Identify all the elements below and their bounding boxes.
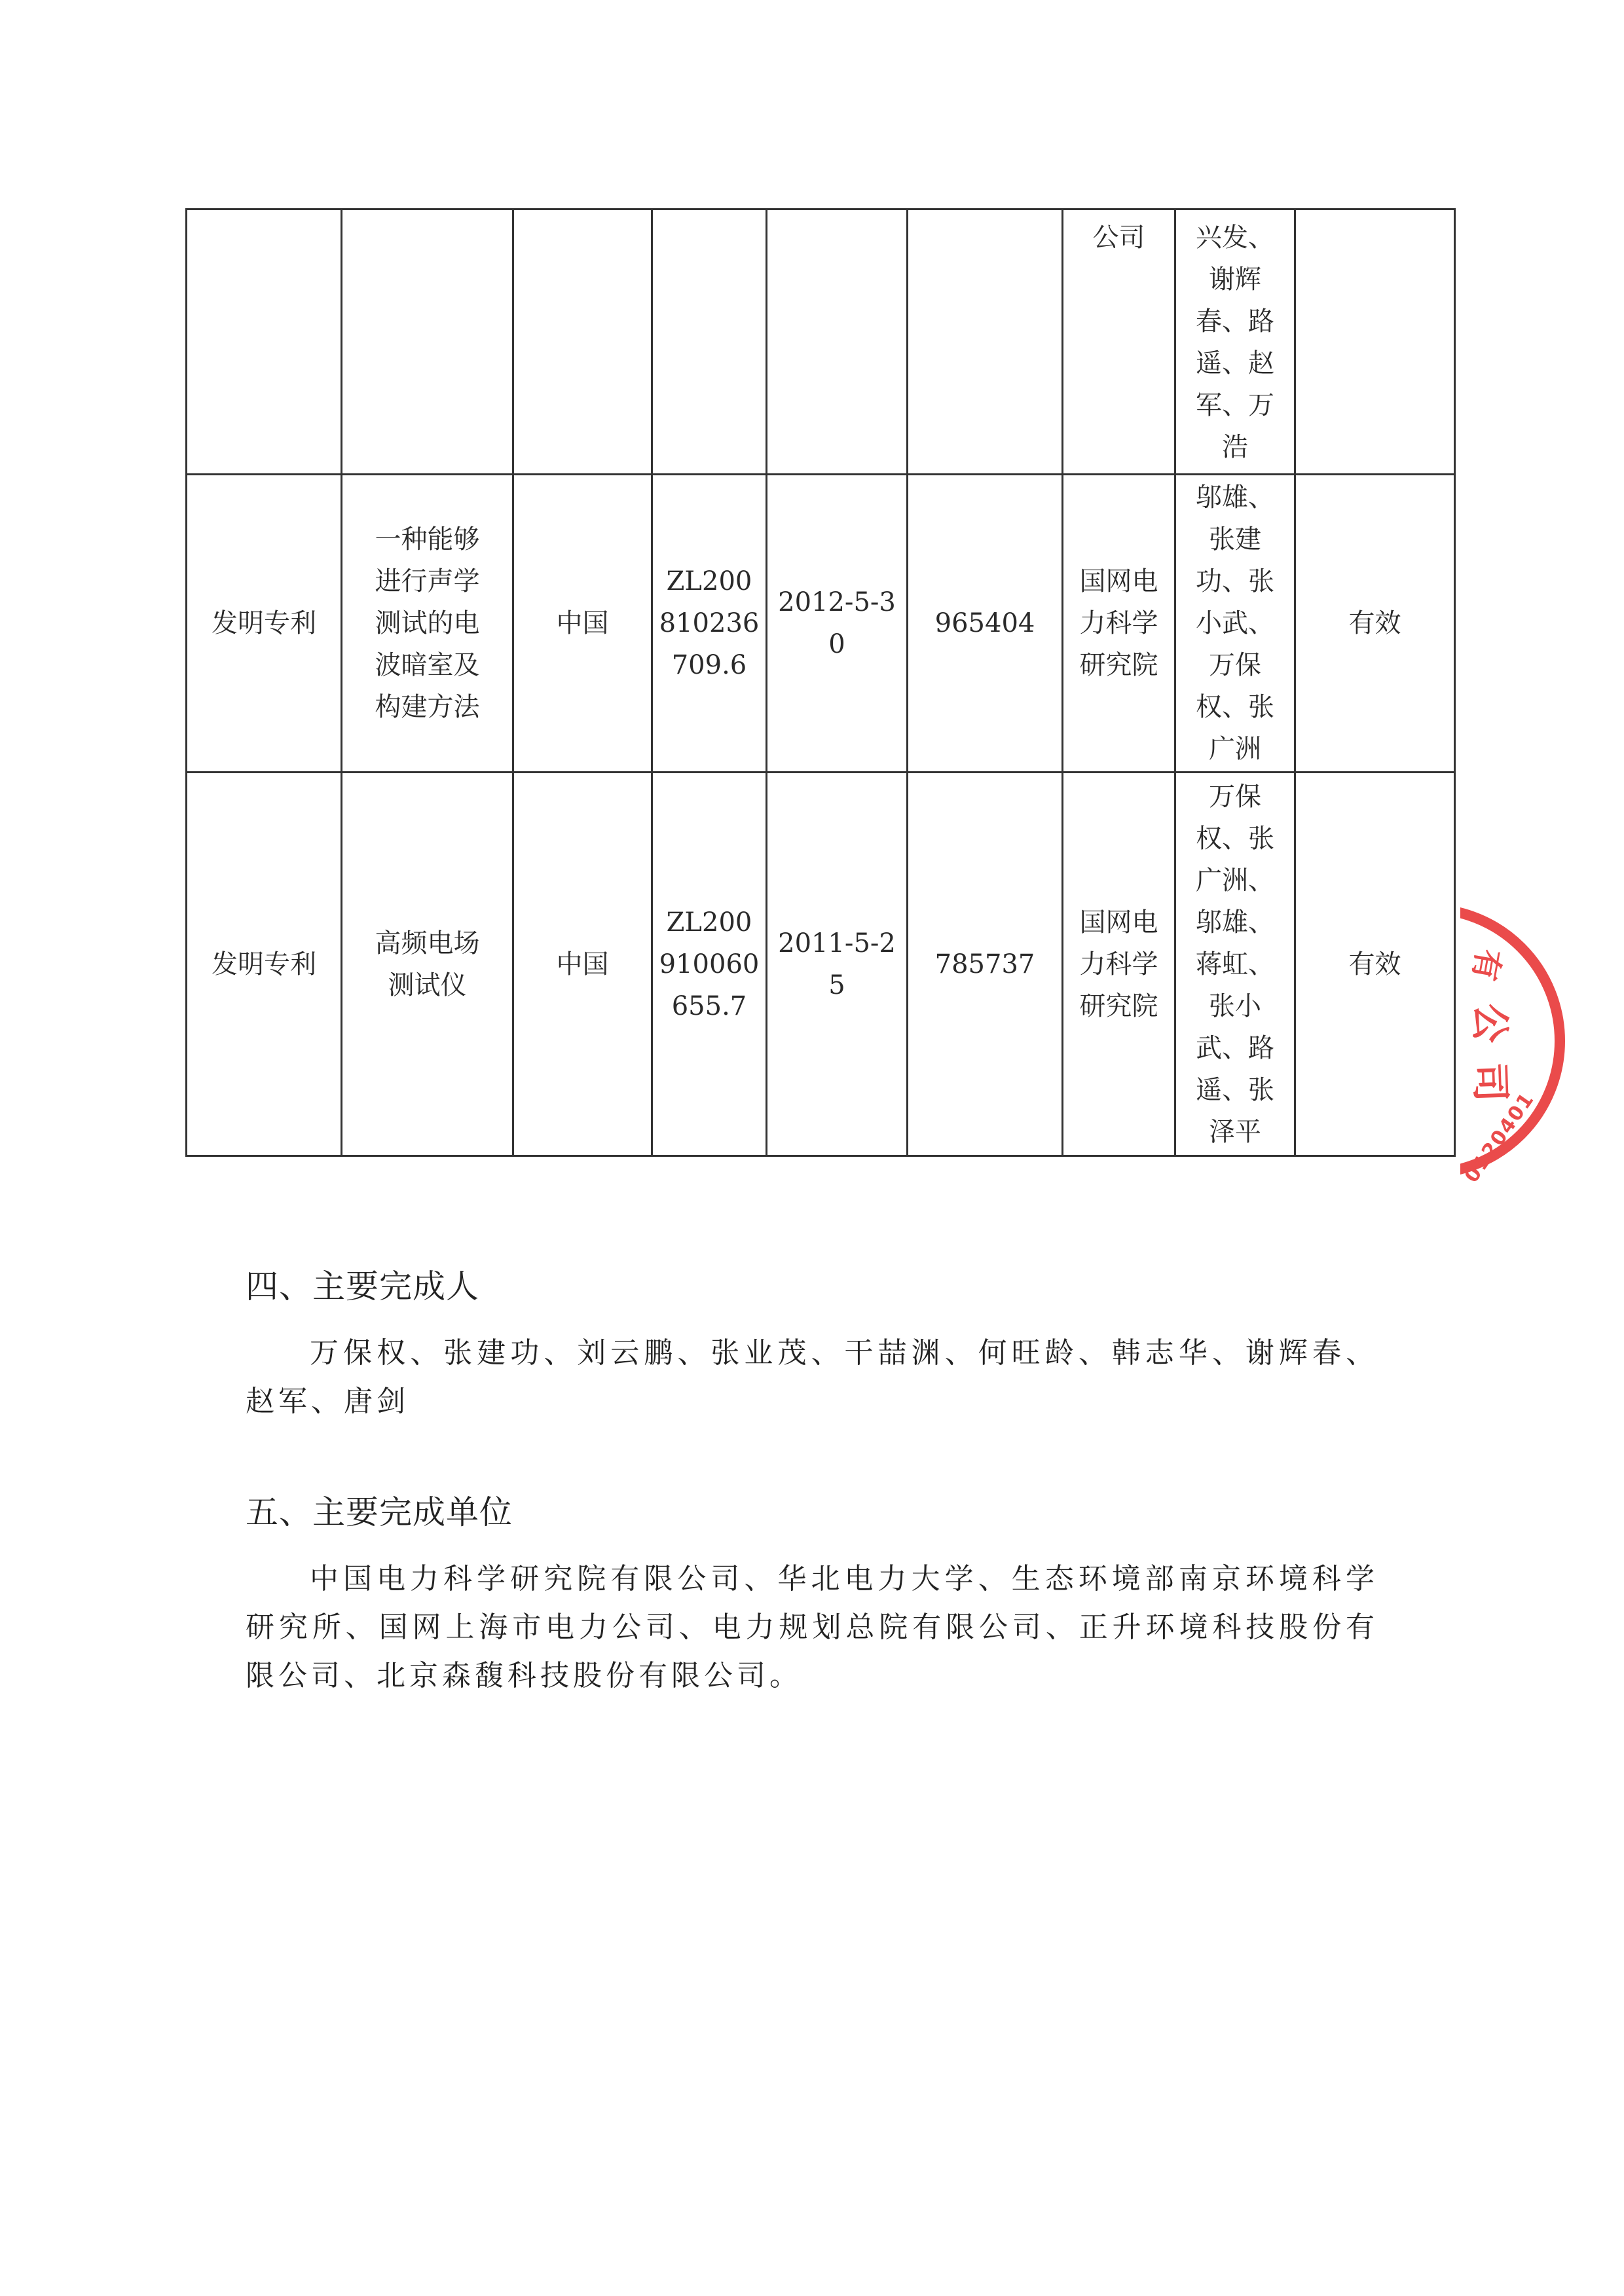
cell-line: 研究院: [1067, 644, 1170, 686]
cell-line: 邬雄、: [1180, 902, 1290, 943]
cell-line: 张小: [1180, 985, 1290, 1027]
patent-number-cell: ZL200810236709.6: [652, 475, 767, 773]
cell-line: 高频电场: [346, 922, 508, 964]
cell-line: 谢辉: [1180, 259, 1290, 301]
patent-name-cell: [342, 210, 513, 475]
cell-line: 研究院: [1067, 985, 1170, 1027]
cell-line: 万保: [1180, 776, 1290, 818]
patent-name-cell: 一种能够进行声学测试的电波暗室及构建方法: [342, 475, 513, 773]
certificate-number-cell: 965404: [908, 475, 1063, 773]
country-cell: [513, 210, 652, 475]
patent-holder-cell: 公司: [1063, 210, 1175, 475]
cell-line: 遥、赵: [1180, 342, 1290, 384]
status-cell: 有效: [1295, 475, 1455, 773]
cell-line: 泽平: [1180, 1111, 1290, 1153]
cell-line: ZL200: [657, 560, 762, 602]
cell-line: 功、张: [1180, 560, 1290, 602]
inventors-cell: 万保权、张广洲、邬雄、蒋虹、张小武、路遥、张泽平: [1175, 773, 1295, 1156]
cell-line: 武、路: [1180, 1027, 1290, 1069]
cell-line: 0: [771, 623, 902, 665]
cell-line: ZL200: [657, 902, 762, 943]
cell-line: 国网电: [1067, 560, 1170, 602]
table-row: 发明专利高频电场测试仪中国ZL200910060655.72011-5-2578…: [187, 773, 1455, 1156]
certificate-number-cell: [908, 210, 1063, 475]
cell-line: 国网电: [1067, 902, 1170, 943]
grant-date-cell: 2012-5-30: [767, 475, 908, 773]
patent-name-cell: 高频电场测试仪: [342, 773, 513, 1156]
cell-line: 军、万: [1180, 384, 1290, 426]
cell-line: 公司: [1067, 217, 1170, 259]
grant-date-cell: [767, 210, 908, 475]
country-cell: 中国: [513, 773, 652, 1156]
patent-table: 公司兴发、谢辉春、路遥、赵军、万浩发明专利一种能够进行声学测试的电波暗室及构建方…: [185, 208, 1456, 1157]
main-contributors-list: 万保权、张建功、刘云鹏、张业茂、干喆渊、何旺龄、韩志华、谢辉春、赵军、唐剑: [246, 1329, 1378, 1426]
seal-char: 公: [1464, 1003, 1522, 1044]
cell-line: 广洲: [1180, 728, 1290, 770]
section-heading-main-units: 五、主要完成单位: [246, 1486, 513, 1533]
grant-date-cell: 2011-5-25: [767, 773, 908, 1156]
cell-line: 广洲、: [1180, 860, 1290, 902]
patent-number-cell: ZL200910060655.7: [652, 773, 767, 1156]
section-heading-main-contributors: 四、主要完成人: [246, 1260, 479, 1307]
cell-line: 浩: [1180, 426, 1290, 468]
patent-type-cell: 发明专利: [187, 773, 342, 1156]
cell-line: 进行声学: [346, 560, 508, 602]
cell-line: 构建方法: [346, 686, 508, 728]
patent-type-cell: 发明专利: [187, 475, 342, 773]
certificate-number-cell: 785737: [908, 773, 1063, 1156]
inventors-cell: 邬雄、张建功、张小武、万保权、张广洲: [1175, 475, 1295, 773]
cell-line: 蒋虹、: [1180, 943, 1290, 985]
inventors-cell: 兴发、谢辉春、路遥、赵军、万浩: [1175, 210, 1295, 475]
cell-line: 5: [771, 964, 902, 1006]
cell-line: 709.6: [657, 644, 762, 686]
cell-line: 810236: [657, 602, 762, 644]
cell-line: 张建: [1180, 519, 1290, 560]
main-units-list: 中国电力科学研究院有限公司、华北电力大学、生态环境部南京环境科学研究所、国网上海…: [246, 1555, 1378, 1700]
cell-line: 测试仪: [346, 964, 508, 1006]
cell-line: 力科学: [1067, 943, 1170, 985]
country-cell: 中国: [513, 475, 652, 773]
patent-type-cell: [187, 210, 342, 475]
cell-line: 兴发、: [1180, 217, 1290, 259]
cell-line: 655.7: [657, 985, 762, 1027]
status-cell: 有效: [1295, 773, 1455, 1156]
cell-line: 邬雄、: [1180, 477, 1290, 519]
table-row: 发明专利一种能够进行声学测试的电波暗室及构建方法中国ZL200810236709…: [187, 475, 1455, 773]
cell-line: 2012-5-3: [771, 581, 902, 623]
patent-holder-cell: 国网电力科学研究院: [1063, 773, 1175, 1156]
cell-line: 测试的电: [346, 602, 508, 644]
cell-line: 遥、张: [1180, 1069, 1290, 1111]
cell-line: 万保: [1180, 644, 1290, 686]
cell-line: 波暗室及: [346, 644, 508, 686]
cell-line: 权、张: [1180, 686, 1290, 728]
patent-number-cell: [652, 210, 767, 475]
cell-line: 2011-5-2: [771, 922, 902, 964]
cell-line: 力科学: [1067, 602, 1170, 644]
cell-line: 春、路: [1180, 301, 1290, 342]
cell-line: 权、张: [1180, 818, 1290, 860]
cell-line: 小武、: [1180, 602, 1290, 644]
official-seal-stamp: 有 公 司 0120401: [1460, 903, 1565, 1198]
table-row: 公司兴发、谢辉春、路遥、赵军、万浩: [187, 210, 1455, 475]
patent-holder-cell: 国网电力科学研究院: [1063, 475, 1175, 773]
cell-line: 910060: [657, 943, 762, 985]
document-page: 公司兴发、谢辉春、路遥、赵军、万浩发明专利一种能够进行声学测试的电波暗室及构建方…: [0, 0, 1624, 2296]
cell-line: 一种能够: [346, 519, 508, 560]
status-cell: [1295, 210, 1455, 475]
